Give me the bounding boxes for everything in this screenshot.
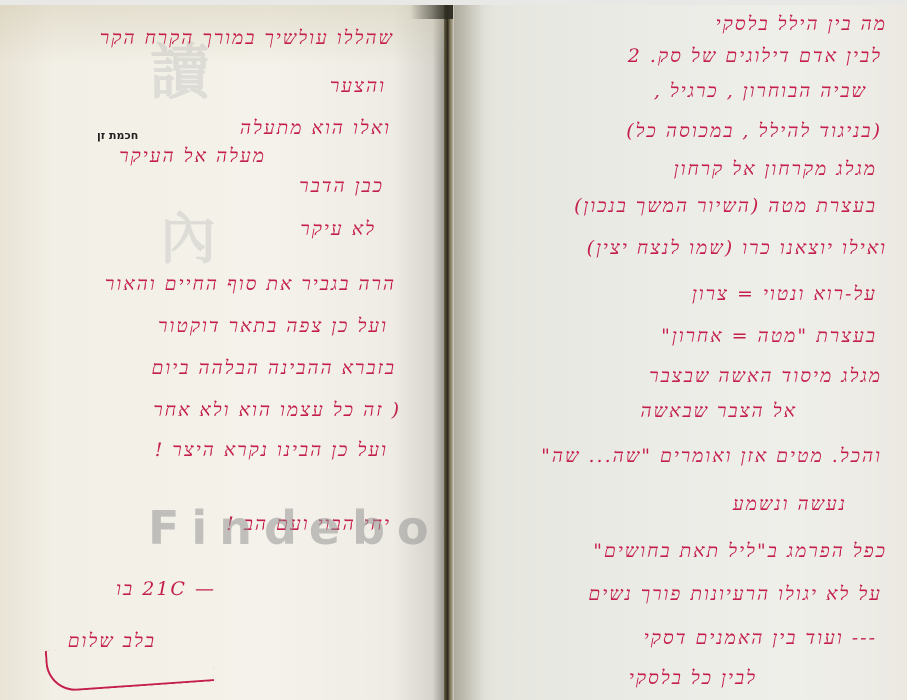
handwritten-line: אל הצבר שבאשה — [640, 400, 797, 423]
handwritten-line: מגלג מקרחון אל קרחון — [674, 158, 877, 181]
handwritten-line: --- ועוד בין האמנים דסקי — [644, 627, 877, 650]
handwritten-line: מה בין הילל בלסקי — [716, 13, 887, 36]
handwritten-line: — 21C בו — [116, 578, 216, 601]
handwritten-line: על לא יגולו הרעיונות פורך נשים — [588, 583, 882, 606]
handwritten-line: ( זה כל עצמו הוא ולא אחר — [153, 399, 401, 422]
handwritten-line: והכל. מטים אזן ואומרים "שה... שה" — [541, 445, 882, 468]
handwritten-line: והצער — [330, 75, 386, 98]
gutter-shadow — [410, 5, 454, 19]
handwritten-line: שהללו עולשיך במורך הקרח הקר — [100, 27, 394, 50]
handwritten-line: על-רוא ונטוי = צרון — [692, 283, 877, 306]
handwritten-line: כבן הדבר — [299, 175, 384, 198]
handwritten-line: ואלו הוא מתעלה — [240, 117, 391, 140]
handwritten-line: כפל הפרמג ב"ליל תאת בחושים" — [593, 540, 887, 563]
handwritten-line: מגלג מיסוד האשה שבצבר — [649, 365, 882, 388]
handwritten-line: לבין אדם דילוגים של סק. 2 — [628, 45, 882, 68]
handwritten-line: נעשה ונשמע — [733, 493, 847, 516]
handwritten-line: ואילו יוצאנו כרו (שמו לנצח יצין) — [587, 237, 887, 260]
bleed-through-print: 內 — [160, 195, 216, 275]
handwritten-line: לא עיקר — [300, 218, 376, 241]
handwritten-line: בעצרת מטה (השיור המשך בנכון) — [574, 195, 877, 218]
handwritten-line: שביה הבוחרון , כרגיל , — [654, 80, 867, 103]
handwritten-line: לבין כל בלסקי — [629, 667, 757, 690]
left-page: 讀 內 ​ חכמת זן שהללו עולשיך במורך הקרח הק… — [0, 5, 446, 700]
handwritten-line: הרה בגביר את סוף החיים והאור — [105, 273, 396, 296]
handwritten-line: מעלה אל העיקר — [119, 145, 266, 168]
printed-page-heading: חכמת זן — [97, 129, 138, 142]
handwritten-line: ועל כן צפה בתאר דוקטור — [158, 315, 388, 338]
page-curve-shadow — [454, 5, 484, 700]
right-page: מה בין הילל בלסקי לבין אדם דילוגים של סק… — [453, 5, 907, 700]
handwritten-line: ועל כן הבינו נקרא היצר ! — [155, 439, 388, 462]
handwritten-line: בעצרת "מטה = אחרון" — [661, 325, 877, 348]
watermark: Findebook — [148, 501, 446, 555]
handwritten-line: בזברא ההבינה הבלהה ביום — [152, 357, 396, 380]
handwritten-line: (בניגוד להילל , במכוסה כל) — [626, 120, 882, 143]
